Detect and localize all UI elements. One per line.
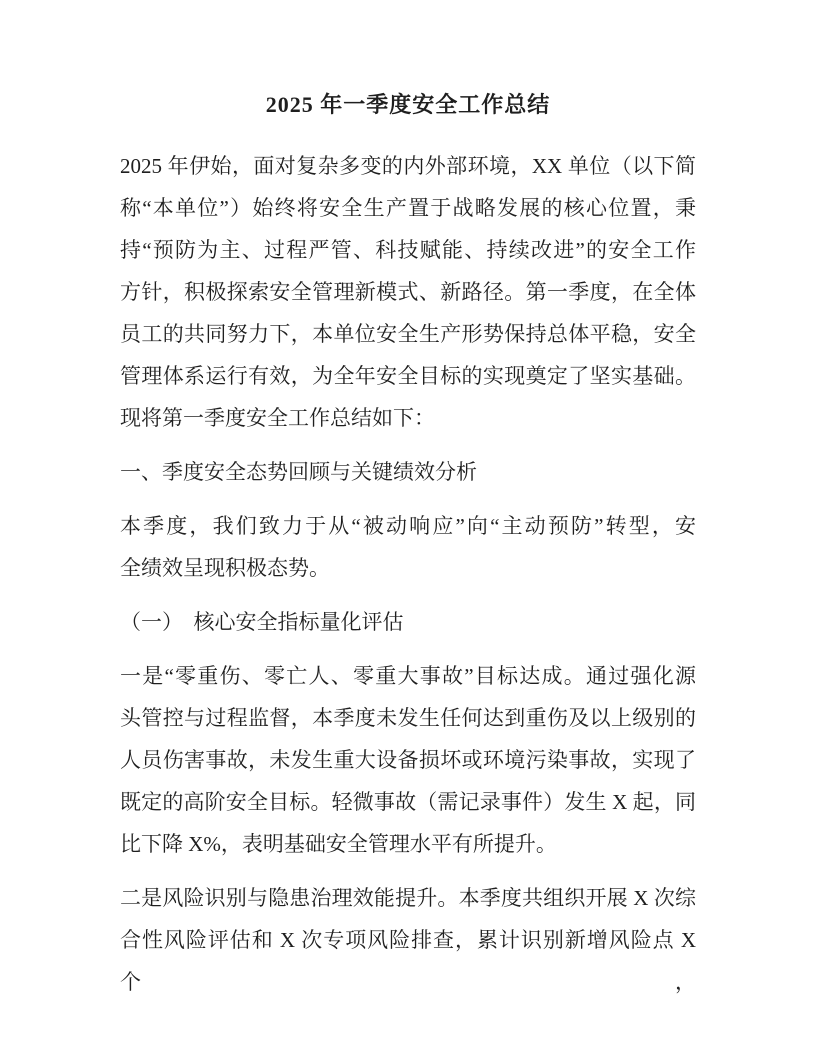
text-line: 比下降 X%，表明基础安全管理水平有所提升。 (120, 823, 696, 865)
text-line: 称“本单位”）始终将安全生产置于战略发展的核心位置，秉 (120, 187, 696, 229)
text-line: 本季度，我们致力于从“被动响应”向“主动预防”转型，安 (120, 505, 696, 547)
text-line: 头管控与过程监督，本季度未发生任何达到重伤及以上级别的 (120, 697, 696, 739)
paragraph-risk-identification: 二是风险识别与隐患治理效能提升。本季度共组织开展 X 次综 合性风险评估和 X … (120, 877, 696, 1003)
text-line: 员工的共同努力下，本单位安全生产形势保持总体平稳，安全 (120, 313, 696, 355)
document-title: 2025 年一季度安全工作总结 (120, 90, 696, 120)
paragraph-core-indicators: 一是“零重伤、零亡人、零重大事故”目标达成。通过强化源 头管控与过程监督，本季度… (120, 655, 696, 865)
text-line: 管理体系运行有效，为全年安全目标的实现奠定了坚实基础。 (120, 355, 696, 397)
text-line: 方针，积极探索安全管理新模式、新路径。第一季度，在全体 (120, 271, 696, 313)
text-line: 既定的高阶安全目标。轻微事故（需记录事件）发生 X 起，同 (120, 781, 696, 823)
text-line: 现将第一季度安全工作总结如下： (120, 397, 696, 439)
text-line: 2025 年伊始，面对复杂多变的内外部环境，XX 单位（以下简 (120, 145, 696, 187)
paragraph-introduction: 2025 年伊始，面对复杂多变的内外部环境，XX 单位（以下简 称“本单位”）始… (120, 145, 696, 439)
text-line: 人员伤害事故，未发生重大设备损坏或环境污染事故，实现了 (120, 739, 696, 781)
section-heading-level1: 一、季度安全态势回顾与关键绩效分析 (120, 451, 696, 493)
paragraph-quarter-overview: 本季度，我们致力于从“被动响应”向“主动预防”转型，安 全绩效呈现积极态势。 (120, 505, 696, 589)
document-content: 2025 年一季度安全工作总结 2025 年伊始，面对复杂多变的内外部环境，XX… (0, 0, 816, 1003)
text-line: 持“预防为主、过程严管、科技赋能、持续改进”的安全工作 (120, 229, 696, 271)
document-page: 2025 年一季度安全工作总结 2025 年伊始，面对复杂多变的内外部环境，XX… (0, 0, 816, 1056)
text-line: 合性风险评估和 X 次专项风险排查，累计识别新增风险点 X 个， (120, 919, 696, 1003)
text-line: 一是“零重伤、零亡人、零重大事故”目标达成。通过强化源 (120, 655, 696, 697)
text-line: 全绩效呈现积极态势。 (120, 547, 696, 589)
section-heading-level2: （一） 核心安全指标量化评估 (120, 601, 696, 643)
text-line: 二是风险识别与隐患治理效能提升。本季度共组织开展 X 次综 (120, 877, 696, 919)
